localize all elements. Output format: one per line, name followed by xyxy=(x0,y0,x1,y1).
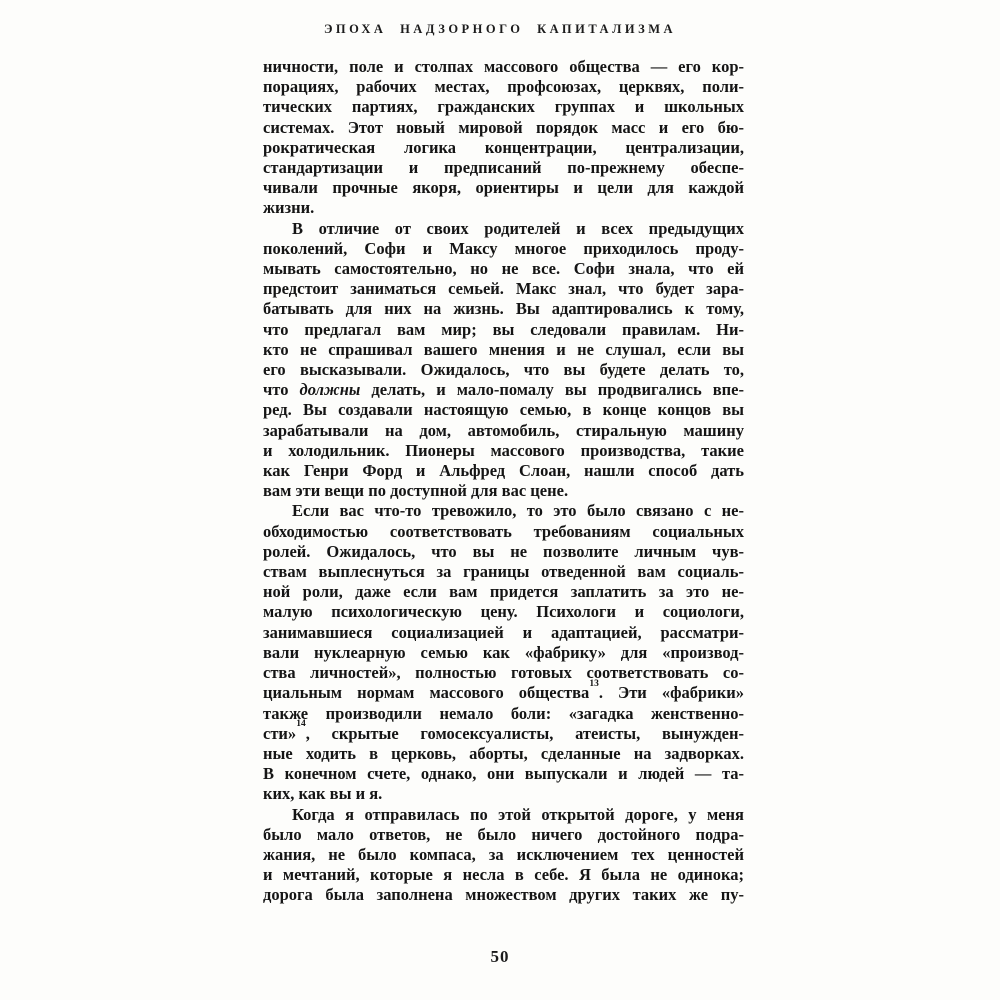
text-segment: ред. Вы создавали настоящую семью, в кон… xyxy=(263,400,744,419)
text-line: порациях, рабочих местах, профсоюзах, це… xyxy=(263,77,744,97)
text-segment: ких, как вы и я. xyxy=(263,784,382,803)
text-segment: порациях, рабочих местах, профсоюзах, це… xyxy=(263,77,744,96)
text-line: жания, не было компаса, за исключением т… xyxy=(263,845,744,865)
text-line: ролей. Ожидалось, что вы не позволите ли… xyxy=(263,542,744,562)
text-line: батывать для них на жизнь. Вы адаптирова… xyxy=(263,299,744,319)
text-line: дорога была заполнена множеством других … xyxy=(263,885,744,905)
text-line: также производили немало боли: «загадка … xyxy=(263,704,744,724)
text-segment: чивали прочные якоря, ориентиры и цели д… xyxy=(263,178,744,197)
text-line: как Генри Форд и Альфред Слоан, нашли сп… xyxy=(263,461,744,481)
text-line: что предлагал вам мир; вы следовали прав… xyxy=(263,320,744,340)
text-line: предстоит заниматься семьей. Макс знал, … xyxy=(263,279,744,299)
text-line: малую психологическую цену. Психологи и … xyxy=(263,602,744,622)
text-line: обходимостью соответствовать требованиям… xyxy=(263,522,744,542)
text-line: поколений, Софи и Максу многое приходило… xyxy=(263,239,744,259)
text-segment: вам эти вещи по доступной для вас цене. xyxy=(263,481,568,500)
text-line: ства личностей», полностью готовых соотв… xyxy=(263,663,744,683)
text-line: ствам выплеснуться за границы отведенной… xyxy=(263,562,744,582)
text-line: ничности, поле и столпах массового общес… xyxy=(263,57,744,77)
text-line: что должны делать, и мало-помалу вы прод… xyxy=(263,380,744,400)
text-segment: зарабатывали на дом, автомобиль, стираль… xyxy=(263,421,744,440)
text-segment: его высказывали. Ожидалось, что вы будет… xyxy=(263,360,744,379)
text-segment: предстоит заниматься семьей. Макс знал, … xyxy=(263,279,744,298)
text-segment: поколений, Софи и Максу многое приходило… xyxy=(263,239,744,258)
text-line: ких, как вы и я. xyxy=(263,784,744,804)
text-segment: батывать для них на жизнь. Вы адаптирова… xyxy=(263,299,744,318)
text-line: тических партиях, гражданских группах и … xyxy=(263,97,744,117)
footnote-marker: 13 xyxy=(589,679,599,689)
text-segment: , скрытые гомосексуалисты, атеисты, выну… xyxy=(306,724,744,743)
paragraph: ничности, поле и столпах массового общес… xyxy=(263,57,744,219)
text-line: мывать самостоятельно, но не все. Софи з… xyxy=(263,259,744,279)
text-line: и холодильник. Пионеры массового произво… xyxy=(263,441,744,461)
text-segment: мывать самостоятельно, но не все. Софи з… xyxy=(263,259,744,278)
book-page: ЭПОХА НАДЗОРНОГО КАПИТАЛИЗМА ничности, п… xyxy=(0,0,1000,1000)
text-line: ные ходить в церковь, аборты, сделанные … xyxy=(263,744,744,764)
text-segment: тических партиях, гражданских группах и … xyxy=(263,97,744,116)
text-line: стандартизации и предписаний по-прежнему… xyxy=(263,158,744,178)
text-segment: малую психологическую цену. Психологи и … xyxy=(263,602,744,621)
text-segment: . Эти «фабрики» xyxy=(599,683,744,702)
text-segment: системах. Этот новый мировой порядок мас… xyxy=(263,118,744,137)
text-line: В отличие от своих родителей и всех пред… xyxy=(263,219,744,239)
text-line: и мечтаний, которые я несла в себе. Я бы… xyxy=(263,865,744,885)
text-segment: ные ходить в церковь, аборты, сделанные … xyxy=(263,744,744,763)
text-segment: ролей. Ожидалось, что вы не позволите ли… xyxy=(263,542,744,561)
running-head: ЭПОХА НАДЗОРНОГО КАПИТАЛИЗМА xyxy=(0,22,1000,37)
text-line: В конечном счете, однако, они выпускали … xyxy=(263,764,744,784)
text-segment: ства личностей», полностью готовых соотв… xyxy=(263,663,744,682)
text-segment: обходимостью соответствовать требованиям… xyxy=(263,522,744,541)
text-line: сти»14, скрытые гомосексуалисты, атеисты… xyxy=(263,724,744,744)
text-segment: вали нуклеарную семью как «фабрику» для … xyxy=(263,643,744,662)
text-line: вали нуклеарную семью как «фабрику» для … xyxy=(263,643,744,663)
text-segment: делать, и мало-помалу вы продвигались вп… xyxy=(360,380,744,399)
text-line: чивали прочные якоря, ориентиры и цели д… xyxy=(263,178,744,198)
text-segment: как Генри Форд и Альфред Слоан, нашли сп… xyxy=(263,461,744,480)
text-block: ничности, поле и столпах массового общес… xyxy=(263,57,744,906)
page-number: 50 xyxy=(0,947,1000,967)
text-segment: кто не спрашивал вашего мнения и не слуш… xyxy=(263,340,744,359)
text-segment: Когда я отправилась по этой открытой дор… xyxy=(292,805,744,824)
text-segment: Если вас что-то тревожило, то это было с… xyxy=(292,501,744,520)
text-line: кто не спрашивал вашего мнения и не слуш… xyxy=(263,340,744,360)
text-segment: дорога была заполнена множеством других … xyxy=(263,885,744,904)
text-line: зарабатывали на дом, автомобиль, стираль… xyxy=(263,421,744,441)
text-segment: занимавшиеся социализацией и адаптацией,… xyxy=(263,623,744,642)
text-segment: что xyxy=(263,380,300,399)
text-segment: ничности, поле и столпах массового общес… xyxy=(263,57,744,76)
text-line: Если вас что-то тревожило, то это было с… xyxy=(263,501,744,521)
text-line: ной роли, даже если вам придется заплати… xyxy=(263,582,744,602)
text-line: вам эти вещи по доступной для вас цене. xyxy=(263,481,744,501)
text-segment: стандартизации и предписаний по-прежнему… xyxy=(263,158,744,177)
text-segment: циальным нормам массового общества xyxy=(263,683,589,702)
text-line: жизни. xyxy=(263,198,744,218)
text-line: было мало ответов, не было ничего достой… xyxy=(263,825,744,845)
text-segment: было мало ответов, не было ничего достой… xyxy=(263,825,744,844)
text-line: его высказывали. Ожидалось, что вы будет… xyxy=(263,360,744,380)
text-segment: жания, не было компаса, за исключением т… xyxy=(263,845,744,864)
text-segment: ной роли, даже если вам придется заплати… xyxy=(263,582,744,601)
text-segment: также производили немало боли: «загадка … xyxy=(263,704,744,723)
text-segment: ствам выплеснуться за границы отведенной… xyxy=(263,562,744,581)
text-segment: В отличие от своих родителей и всех пред… xyxy=(292,219,744,238)
text-segment: сти» xyxy=(263,724,296,743)
text-segment: что предлагал вам мир; вы следовали прав… xyxy=(263,320,744,339)
text-segment: и мечтаний, которые я несла в себе. Я бы… xyxy=(263,865,744,884)
paragraph: Когда я отправилась по этой открытой дор… xyxy=(263,805,744,906)
text-segment: жизни. xyxy=(263,198,314,217)
text-line: системах. Этот новый мировой порядок мас… xyxy=(263,118,744,138)
text-segment: В конечном счете, однако, они выпускали … xyxy=(263,764,744,783)
text-segment: и холодильник. Пионеры массового произво… xyxy=(263,441,744,460)
italic-text: должны xyxy=(300,380,361,399)
paragraph: В отличие от своих родителей и всех пред… xyxy=(263,219,744,502)
text-segment: рократическая логика концентрации, центр… xyxy=(263,138,744,157)
text-line: Когда я отправилась по этой открытой дор… xyxy=(263,805,744,825)
footnote-marker: 14 xyxy=(296,719,306,729)
text-line: рократическая логика концентрации, центр… xyxy=(263,138,744,158)
text-line: занимавшиеся социализацией и адаптацией,… xyxy=(263,623,744,643)
text-line: циальным нормам массового общества13. Эт… xyxy=(263,683,744,703)
text-line: ред. Вы создавали настоящую семью, в кон… xyxy=(263,400,744,420)
paragraph: Если вас что-то тревожило, то это было с… xyxy=(263,501,744,804)
